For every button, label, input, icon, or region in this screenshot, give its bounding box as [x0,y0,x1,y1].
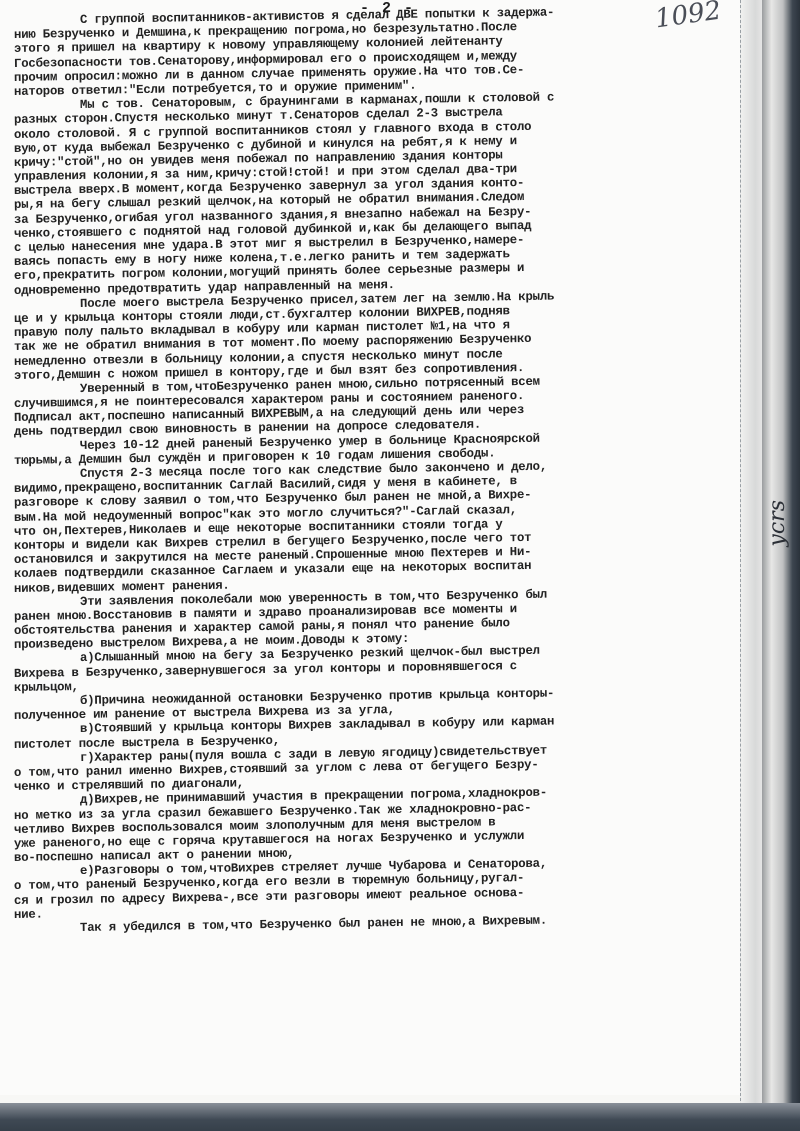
scanned-document: - 2 - 1092 ycrs С группой воспитанников-… [0,0,800,1131]
page-binding-edge [762,0,800,1131]
typewritten-body: С группой воспитанников-активистов я сде… [14,14,749,936]
scan-bottom-shadow [0,1103,800,1131]
margin-handwriting: ycrs [762,500,782,547]
